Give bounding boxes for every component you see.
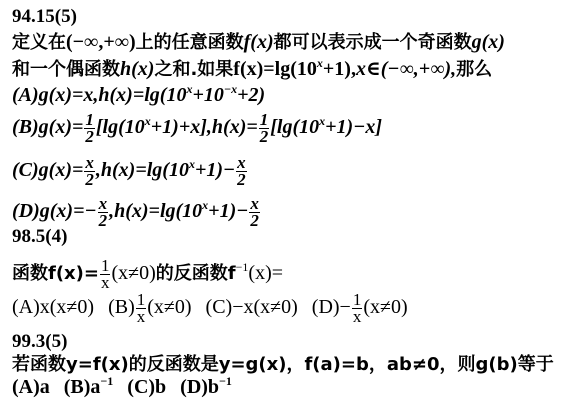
- fraction: 12: [259, 112, 270, 145]
- problem-94-stem-line2: 和一个偶函数h(x)之和.如果f(x)=lg(10x+1),x∈(−∞,+∞),…: [12, 58, 492, 81]
- fraction: 1x: [136, 292, 147, 325]
- problem-99-stem: 若函数y=f(x)的反函数是y=g(x)，f(a)=b，ab≠0，则g(b)等于: [12, 354, 554, 376]
- fraction: 12: [84, 112, 95, 145]
- problem-94-option-d: (D)g(x)=−x2,h(x)=lg(10x+1)−x2: [12, 196, 261, 229]
- problem-99-options: (A)a(B)a−1(C)b(D)b−1: [12, 376, 232, 398]
- fraction: x2: [98, 196, 109, 229]
- fraction: x2: [84, 155, 95, 188]
- option-a: (A)x(x≠0): [12, 296, 94, 318]
- problem-94-stem-line1: 定义在(−∞,+∞)上的任意函数f(x)都可以表示成一个奇函数g(x): [12, 31, 505, 54]
- problem-id-94: 94.15(5): [12, 6, 77, 28]
- problem-id-99: 99.3(5): [12, 331, 67, 353]
- problem-id-98: 98.5(4): [12, 226, 67, 248]
- fraction: 1x: [100, 258, 111, 291]
- fraction: x2: [249, 196, 260, 229]
- option-c: (C)−x(x≠0): [206, 296, 298, 318]
- problem-94-option-c: (C)g(x)=x2,h(x)=lg(10x+1)−x2: [12, 155, 248, 188]
- fraction: x2: [236, 155, 247, 188]
- problem-98-stem: 函数f(x)=1x(x≠0)的反函数f−1(x)=: [12, 258, 283, 291]
- problem-94-option-a: (A)g(x)=x,h(x)=lg(10x+10−x+2): [12, 84, 265, 106]
- problem-98-options: (A)x(x≠0)(B)1x(x≠0)(C)−x(x≠0)(D)−1x(x≠0): [12, 292, 408, 325]
- problem-94-option-b: (B)g(x)=12[lg(10x+1)+x],h(x)=12[lg(10x+1…: [12, 112, 382, 145]
- fraction: 1x: [352, 292, 363, 325]
